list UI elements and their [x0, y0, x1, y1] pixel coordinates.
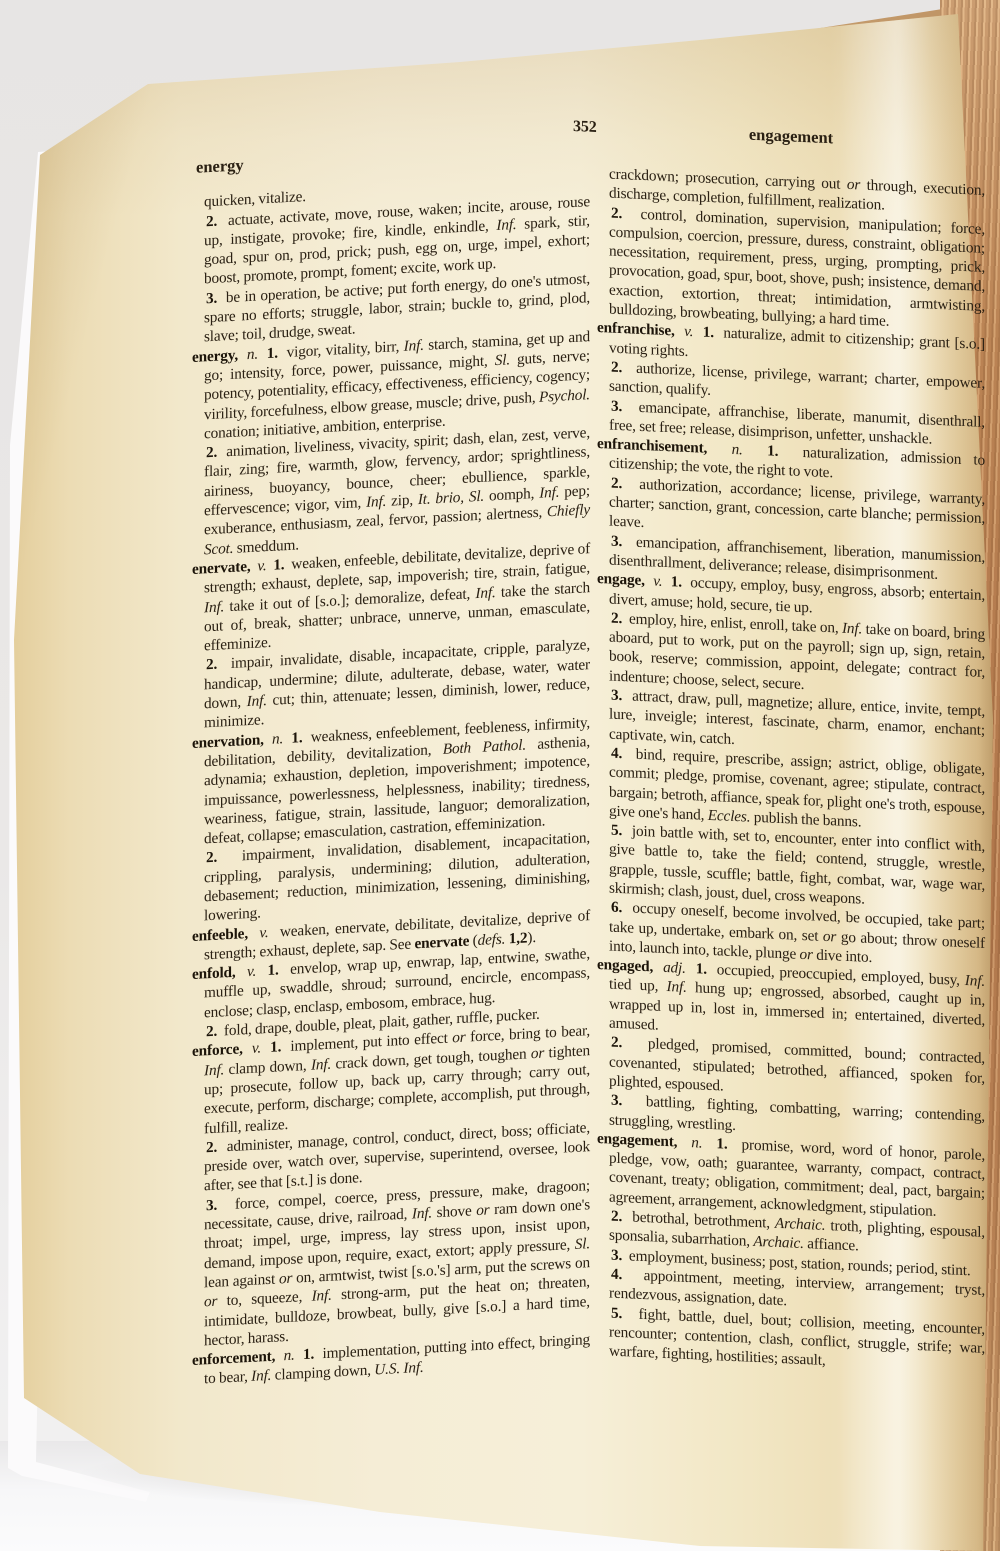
page-number: 352 — [573, 117, 597, 137]
running-head-right: engagement — [597, 118, 985, 154]
book-photo: energy quicken, vitalize.2. actuate, act… — [0, 0, 1000, 1551]
entry-paragraph: enervation, n. 1. weakness, enfeeblement… — [192, 713, 590, 850]
running-head-left: energy — [196, 137, 590, 177]
left-column: energy quicken, vitalize.2. actuate, act… — [192, 137, 590, 1390]
page-text-layer: energy quicken, vitalize.2. actuate, act… — [0, 0, 1000, 1551]
entry-paragraph: 2. animation, liveliness, vivacity, spir… — [192, 423, 590, 560]
page-header-row: 352 engagement — [597, 118, 985, 159]
right-column: 352 engagement crackdown; prosecution, c… — [597, 118, 985, 1377]
entry-paragraph: 2. control, domination, supervision, man… — [597, 203, 985, 336]
entry-paragraph: 3. force, compel, coerce, press, pressur… — [192, 1176, 590, 1351]
